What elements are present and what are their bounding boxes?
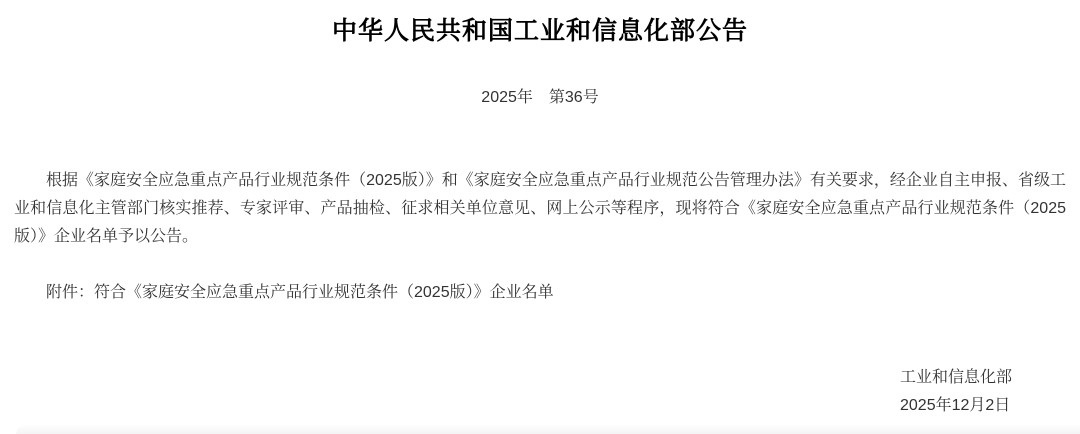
bottom-edge-band — [16, 425, 1080, 434]
signature-organization: 工业和信息化部 — [900, 364, 1012, 392]
attachment-line: 附件：符合《家庭安全应急重点产品行业规范条件（2025版）》企业名单 — [14, 283, 1066, 303]
announcement-page: 中华人民共和国工业和信息化部公告 2025年 第36号 根据《家庭安全应急重点产… — [0, 0, 1080, 434]
signature-date: 2025年12月2日 — [900, 392, 1012, 420]
signature-block: 工业和信息化部 2025年12月2日 — [900, 364, 1012, 420]
issue-number: 2025年 第36号 — [0, 88, 1080, 107]
body-paragraph: 根据《家庭安全应急重点产品行业规范条件（2025版）》和《家庭安全应急重点产品行… — [14, 167, 1066, 251]
page-title: 中华人民共和国工业和信息化部公告 — [0, 16, 1080, 46]
